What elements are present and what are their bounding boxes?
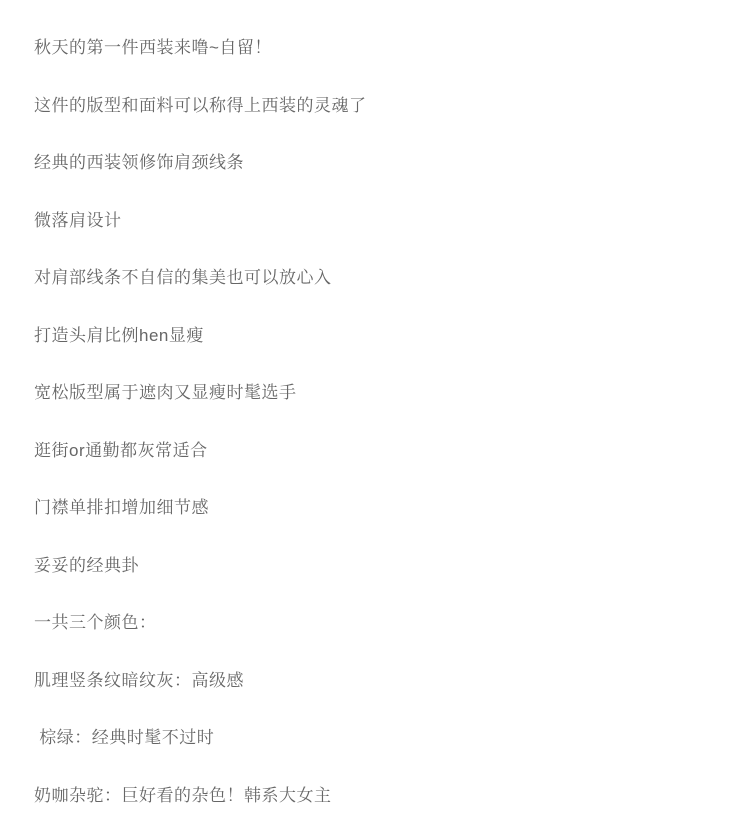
description-line: 打造头肩比例hen显瘦 xyxy=(34,326,720,345)
description-line: 肌理竖条纹暗纹灰：高级感 xyxy=(34,671,720,690)
description-line: 秋天的第一件西装来噜~自留！ xyxy=(34,38,720,57)
description-line: 门襟单排扣增加细节感 xyxy=(34,498,720,517)
description-line: 奶咖杂驼：巨好看的杂色！韩系大女主 xyxy=(34,786,720,805)
description-line: 经典的西装领修饰肩颈线条 xyxy=(34,153,720,172)
description-line: 宽松版型属于遮肉又显瘦时髦选手 xyxy=(34,383,720,402)
description-line: 对肩部线条不自信的集美也可以放心入 xyxy=(34,268,720,287)
description-line: 逛街or通勤都灰常适合 xyxy=(34,441,720,460)
description-line: 妥妥的经典卦 xyxy=(34,556,720,575)
product-description-page: 秋天的第一件西装来噜~自留！ 这件的版型和面料可以称得上西装的灵魂了 经典的西装… xyxy=(0,0,750,830)
description-line: 微落肩设计 xyxy=(34,211,720,230)
description-line: 棕绿：经典时髦不过时 xyxy=(34,728,720,747)
description-line: 这件的版型和面料可以称得上西装的灵魂了 xyxy=(34,96,720,115)
description-line: 一共三个颜色： xyxy=(34,613,720,632)
